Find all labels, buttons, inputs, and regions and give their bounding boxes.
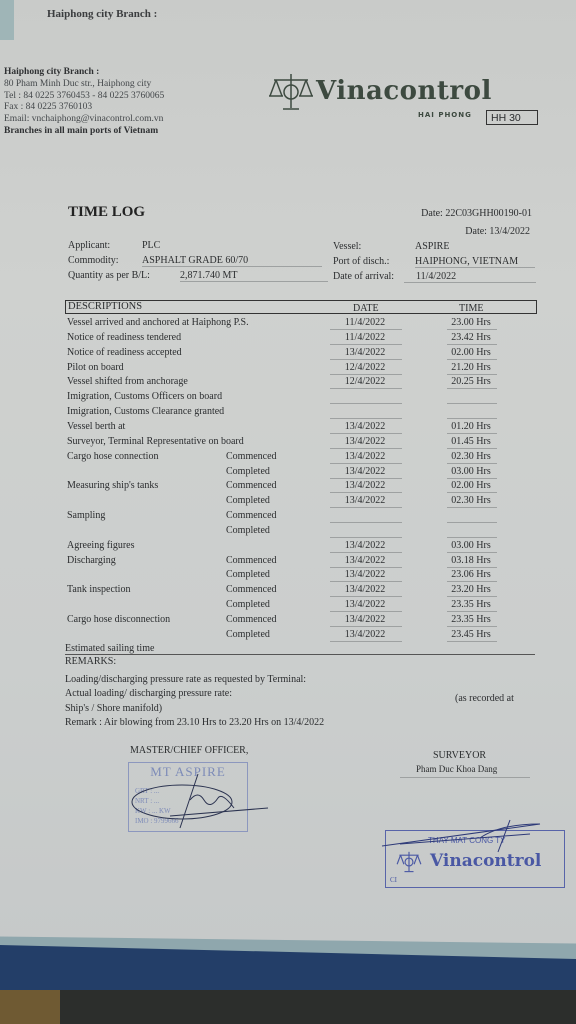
row-time: 21.20 Hrs: [445, 362, 497, 373]
branch-address: 80 Pham Minh Duc str., Haiphong city: [4, 79, 164, 91]
table-row: Notice of readiness accepted: [67, 347, 182, 361]
table-row: Imigration, Customs Clearance granted: [67, 406, 224, 420]
time-underline: [447, 374, 497, 375]
date-underline: [330, 329, 402, 330]
remarks-line-2-note: (as recorded at: [455, 693, 514, 704]
row-status: Commenced: [226, 614, 277, 625]
row-time: 02.00 Hrs: [445, 480, 497, 491]
date-underline: [330, 492, 402, 493]
row-status: Completed: [226, 599, 270, 610]
time-underline: [447, 403, 497, 404]
scales-of-justice-icon: [268, 72, 314, 112]
date-underline: [330, 344, 402, 345]
master-label: MASTER/CHIEF OFFICER,: [130, 745, 248, 756]
header-date: DATE: [353, 303, 379, 314]
row-status: Commenced: [226, 584, 277, 595]
table-row: Tank inspection: [67, 584, 130, 598]
master-signature: [130, 770, 270, 830]
page-title: TIME LOG: [68, 204, 145, 221]
estimated-sailing-time: Estimated sailing time: [65, 643, 535, 655]
row-date: 13/4/2022: [330, 614, 400, 625]
row-date: 13/4/2022: [330, 629, 400, 640]
row-date: 13/4/2022: [330, 347, 400, 358]
row-time: 01.45 Hrs: [445, 436, 497, 447]
date-underline: [330, 463, 402, 464]
brand-city: HAI PHONG: [418, 111, 472, 119]
table-row: Vessel berth at: [67, 421, 125, 435]
table-row: Notice of readiness tendered: [67, 332, 181, 346]
row-date: 13/4/2022: [330, 436, 400, 447]
row-date: 12/4/2022: [330, 376, 400, 387]
row-status: Commenced: [226, 555, 277, 566]
time-underline: [447, 641, 497, 642]
time-underline: [447, 626, 497, 627]
date-underline: [330, 611, 402, 612]
time-underline: [447, 344, 497, 345]
branch-tel: Tel : 84 0225 3760453 - 84 0225 3760065: [4, 91, 164, 103]
row-date: 13/4/2022: [330, 495, 400, 506]
row-description: Vessel berth at: [67, 421, 125, 432]
row-date: 13/4/2022: [330, 421, 400, 432]
branch-email: Email: vnchaiphong@vinacontrol.com.vn: [4, 114, 164, 126]
date-underline: [330, 567, 402, 568]
row-time: 20.25 Hrs: [445, 376, 497, 387]
row-status: Completed: [226, 629, 270, 640]
surveyor-name: Pham Duc Khoa Dang: [416, 764, 497, 774]
time-underline: [447, 463, 497, 464]
row-time: 23.42 Hrs: [445, 332, 497, 343]
row-status: Commenced: [226, 510, 277, 521]
row-description: Cargo hose connection: [67, 451, 158, 462]
date-underline: [330, 388, 402, 389]
row-date: 13/4/2022: [330, 584, 400, 595]
row-time: 23.06 Hrs: [445, 569, 497, 580]
date-underline: [330, 374, 402, 375]
remarks-heading: REMARKS:: [65, 656, 116, 667]
table-row: Pilot on board: [67, 362, 124, 376]
row-date: 13/4/2022: [330, 480, 400, 491]
row-date: 13/4/2022: [330, 555, 400, 566]
row-description: Vessel arrived and anchored at Haiphong …: [67, 317, 249, 328]
date-underline: [330, 418, 402, 419]
row-date: 13/4/2022: [330, 599, 400, 610]
date-underline: [330, 359, 402, 360]
document-date: Date: 13/4/2022: [465, 226, 530, 237]
remarks-line-4: Remark : Air blowing from 23.10 Hrs to 2…: [65, 717, 324, 728]
time-underline: [447, 567, 497, 568]
date-underline: [330, 478, 402, 479]
row-status: Completed: [226, 525, 270, 536]
remarks-line-1: Loading/discharging pressure rate as req…: [65, 674, 306, 685]
date-underline: [330, 537, 402, 538]
row-time: 03.00 Hrs: [445, 540, 497, 551]
commodity-label: Commodity:: [68, 255, 119, 266]
table-row: Measuring ship's tanks: [67, 480, 158, 494]
row-time: 02.30 Hrs: [445, 495, 497, 506]
row-time: 23.20 Hrs: [445, 584, 497, 595]
branch-fax: Fax : 84 0225 3760103: [4, 102, 164, 114]
row-status: Commenced: [226, 451, 277, 462]
quantity-label: Quantity as per B/L:: [68, 270, 150, 281]
date-underline: [330, 552, 402, 553]
document-page: Haiphong city Branch : Haiphong city Bra…: [0, 0, 576, 945]
row-status: Commenced: [226, 480, 277, 491]
date-underline: [330, 507, 402, 508]
desk-wood: [0, 990, 60, 1024]
row-time: 23.35 Hrs: [445, 614, 497, 625]
row-description: Cargo hose disconnection: [67, 614, 170, 625]
row-description: Discharging: [67, 555, 116, 566]
table-row: Discharging: [67, 555, 116, 569]
form-code: HH 30: [486, 110, 538, 125]
row-description: Measuring ship's tanks: [67, 480, 158, 491]
desk-shadow: [0, 990, 576, 1024]
row-date: 13/4/2022: [330, 569, 400, 580]
remarks-line-3: Ship's / Shore manifold): [65, 703, 162, 714]
table-row: Imigration, Customs Officers on board: [67, 391, 222, 405]
row-description: Sampling: [67, 510, 105, 521]
row-description: Imigration, Customs Clearance granted: [67, 406, 224, 417]
surveyor-signature: [380, 818, 550, 858]
row-description: Notice of readiness tendered: [67, 332, 181, 343]
row-status: Completed: [226, 569, 270, 580]
branch-name: Haiphong city Branch :: [4, 67, 164, 79]
time-underline: [447, 388, 497, 389]
table-row: Sampling: [67, 510, 105, 524]
row-status: Completed: [226, 466, 270, 477]
brand-name: Vinacontrol: [316, 76, 492, 106]
row-time: 23.45 Hrs: [445, 629, 497, 640]
row-date: 13/4/2022: [330, 451, 400, 462]
row-time: 03.00 Hrs: [445, 466, 497, 477]
table-row: Vessel shifted from anchorage: [67, 376, 188, 390]
time-underline: [447, 522, 497, 523]
quantity-value: 2,871.740 MT: [180, 270, 328, 282]
table-row: Surveyor, Terminal Representative on boa…: [67, 436, 244, 450]
date-underline: [330, 448, 402, 449]
branch-address-block: Haiphong city Branch : 80 Pham Minh Duc …: [4, 67, 164, 138]
row-time: 23.00 Hrs: [445, 317, 497, 328]
date-underline: [330, 641, 402, 642]
date-underline: [330, 403, 402, 404]
row-time: 02.00 Hrs: [445, 347, 497, 358]
row-description: Notice of readiness accepted: [67, 347, 182, 358]
port-value: HAIPHONG, VIETNAM: [415, 256, 535, 268]
row-date: 11/4/2022: [330, 332, 400, 343]
port-label: Port of disch.:: [333, 256, 389, 267]
table-header: DESCRIPTIONS DATE TIME: [65, 300, 537, 314]
time-underline: [447, 581, 497, 582]
time-underline: [447, 418, 497, 419]
table-row: Cargo hose disconnection: [67, 614, 170, 628]
table-row: Agreeing figures: [67, 540, 134, 554]
time-underline: [447, 537, 497, 538]
row-date: 12/4/2022: [330, 362, 400, 373]
time-underline: [447, 478, 497, 479]
surveyor-label: SURVEYOR: [433, 750, 486, 761]
time-underline: [447, 448, 497, 449]
row-description: Agreeing figures: [67, 540, 134, 551]
row-time: 03.18 Hrs: [445, 555, 497, 566]
table-row: Vessel arrived and anchored at Haiphong …: [67, 317, 249, 331]
time-underline: [447, 596, 497, 597]
commodity-value: ASPHALT GRADE 60/70: [142, 255, 322, 267]
stamp-corner: CI: [390, 876, 397, 884]
date-underline: [330, 522, 402, 523]
row-time: 01.20 Hrs: [445, 421, 497, 432]
branch-tagline: Branches in all main ports of Vietnam: [4, 126, 164, 138]
date-underline: [330, 626, 402, 627]
row-date: 13/4/2022: [330, 540, 400, 551]
reference-number: Date: 22C03GHH00190-01: [421, 208, 532, 219]
remarks-line-2: Actual loading/ discharging pressure rat…: [65, 688, 232, 699]
time-underline: [447, 552, 497, 553]
date-underline: [330, 581, 402, 582]
vessel-value: ASPIRE: [415, 241, 449, 252]
background-edge: [0, 0, 14, 40]
row-description: Pilot on board: [67, 362, 124, 373]
row-date: 11/4/2022: [330, 317, 400, 328]
row-description: Vessel shifted from anchorage: [67, 376, 188, 387]
row-description: Imigration, Customs Officers on board: [67, 391, 222, 402]
applicant-value: PLC: [142, 240, 160, 251]
row-time: 23.35 Hrs: [445, 599, 497, 610]
row-status: Completed: [226, 495, 270, 506]
top-branch-heading: Haiphong city Branch :: [47, 8, 157, 20]
time-underline: [447, 492, 497, 493]
row-description: Tank inspection: [67, 584, 130, 595]
row-time: 02.30 Hrs: [445, 451, 497, 462]
time-underline: [447, 359, 497, 360]
header-descriptions: DESCRIPTIONS: [68, 301, 142, 312]
date-underline: [330, 433, 402, 434]
time-underline: [447, 433, 497, 434]
date-underline: [330, 596, 402, 597]
time-underline: [447, 507, 497, 508]
applicant-label: Applicant:: [68, 240, 110, 251]
time-underline: [447, 329, 497, 330]
arrival-value: 11/4/2022: [404, 271, 536, 283]
time-underline: [447, 611, 497, 612]
arrival-label: Date of arrival:: [333, 271, 394, 282]
table-row: Cargo hose connection: [67, 451, 158, 465]
row-date: 13/4/2022: [330, 466, 400, 477]
header-time: TIME: [459, 303, 483, 314]
vessel-label: Vessel:: [333, 241, 361, 252]
row-description: Surveyor, Terminal Representative on boa…: [67, 436, 244, 447]
surveyor-signature-line: [400, 777, 530, 778]
